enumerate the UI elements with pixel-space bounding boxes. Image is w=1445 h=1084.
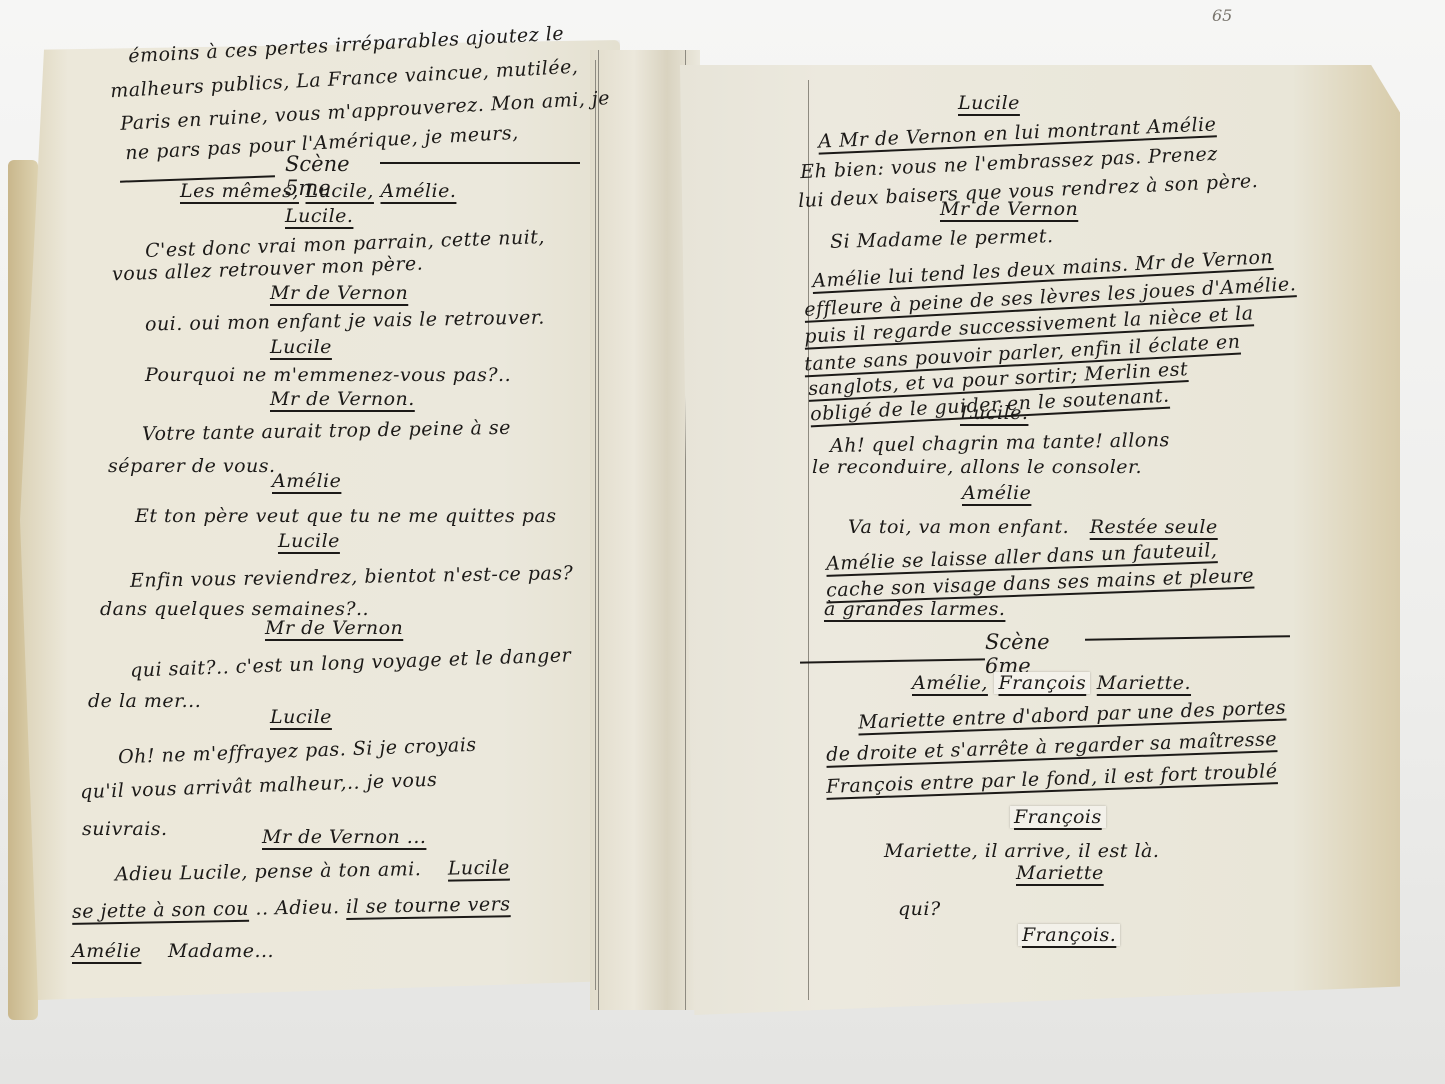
speaker-label: Lucile. [960, 402, 1028, 424]
stage-direction: Lucile [448, 857, 510, 880]
character-list: Amélie, François Mariette. [912, 672, 1191, 694]
character: Amélie, [912, 672, 988, 694]
stage-direction-line: à grandes larmes. [824, 598, 1005, 620]
dialogue-line: qui? [898, 898, 941, 920]
speaker-label: Lucile. [285, 205, 353, 227]
dialogue-line: séparer de vous. [108, 455, 276, 477]
character: Mariette. [1097, 672, 1191, 694]
page-number: 65 [1212, 6, 1232, 25]
gutter-fold-line [598, 50, 599, 1010]
dialogue-line: Pourquoi ne m'emmenez-vous pas?.. [145, 364, 511, 386]
speaker-label: Mr de Vernon ... [262, 826, 426, 848]
left-margin-rule [595, 60, 596, 990]
speaker-label-pasted-slip: François [1010, 806, 1106, 828]
speaker-label: Amélie [962, 482, 1031, 504]
dialogue-line: Et ton père veut que tu ne me quittes pa… [135, 505, 557, 527]
speaker-label: Amélie [272, 470, 341, 492]
speaker-label: Mr de Vernon [940, 198, 1078, 220]
character: Amélie. [381, 180, 457, 202]
dialogue-line: Amélie Madame... [72, 940, 274, 962]
character: Les mêmes, [180, 180, 299, 202]
speaker-label: Lucile [958, 92, 1020, 114]
dialogue-line: Va toi, va mon enfant. Restée seule [848, 516, 1218, 538]
dialogue-line: de la mer... [88, 690, 201, 712]
speaker-label: Mr de Vernon [270, 282, 408, 304]
stage-direction: Amélie [72, 940, 141, 962]
speaker-label: Lucile [270, 336, 332, 358]
dialogue-line: le reconduire, allons le consoler. [812, 456, 1142, 478]
open-manuscript-book: émoins à ces pertes irréparables ajoutez… [0, 0, 1445, 1084]
speaker-label: Mariette [1016, 862, 1104, 884]
speaker-label-pasted-slip: François. [1018, 924, 1120, 946]
dialogue-text: Va toi, va mon enfant. [848, 516, 1069, 538]
scene-divider [380, 162, 580, 164]
character-list: Les mêmes, Lucile, Amélie. [180, 180, 456, 202]
stage-direction: Restée seule [1090, 516, 1218, 538]
speaker-label: Mr de Vernon [265, 617, 403, 639]
character-pasted-slip: François [994, 672, 1090, 694]
right-margin-rule [808, 80, 809, 1000]
speaker-label: Mr de Vernon. [270, 388, 415, 410]
speaker-label: Lucile [278, 530, 340, 552]
dialogue-line: suivrais. [82, 818, 168, 840]
stage-direction: il se tourne vers [346, 893, 511, 918]
stage-direction: se jette à son cou [72, 898, 249, 923]
dialogue-line: Mariette, il arrive, il est là. [884, 840, 1159, 862]
scene-heading: Scène 6me [985, 630, 1050, 678]
speaker-label: Lucile [270, 706, 332, 728]
character: Lucile, [306, 180, 374, 202]
